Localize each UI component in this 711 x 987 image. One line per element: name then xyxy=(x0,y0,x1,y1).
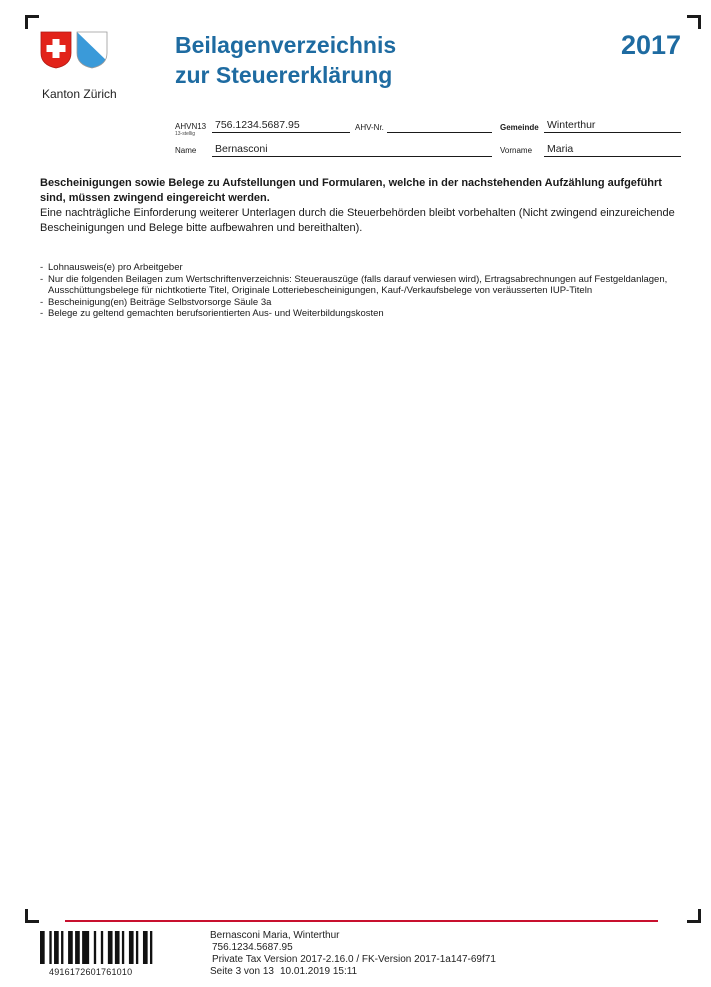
gemeinde-underline xyxy=(544,132,681,133)
crop-mark-top-left xyxy=(25,15,39,29)
ahvn13-sublabel: 13-stellig xyxy=(175,131,195,137)
page-title: Beilagenverzeichnis zur Steuererklärung xyxy=(175,30,396,90)
name-field[interactable]: Bernasconi xyxy=(215,143,268,155)
gemeinde-label: Gemeinde xyxy=(500,123,539,132)
list-item: -Belege zu geltend gemachten berufsorien… xyxy=(40,308,690,320)
attachment-list: -Lohnausweis(e) pro Arbeitgeber-Nur die … xyxy=(40,262,690,320)
list-item-text: Bescheinigung(en) Beiträge Selbstvorsorg… xyxy=(48,297,271,308)
name-label: Name xyxy=(175,146,196,155)
list-item-text: Belege zu geltend gemachten berufsorient… xyxy=(48,308,384,319)
list-item-text: Lohnausweis(e) pro Arbeitgeber xyxy=(48,262,183,273)
vorname-label: Vorname xyxy=(500,146,532,155)
intro-normal: Eine nachträgliche Einforderung weiterer… xyxy=(40,207,675,234)
footer-version: Private Tax Version 2017-2.16.0 / FK-Ver… xyxy=(212,954,496,965)
canton-logo xyxy=(40,31,110,69)
ahv-label: AHV-Nr. xyxy=(355,123,384,132)
crop-mark-top-right xyxy=(687,15,701,29)
vorname-underline xyxy=(544,156,681,157)
bullet-dash-icon: - xyxy=(40,297,43,309)
crop-mark-bottom-right xyxy=(687,909,701,923)
intro-bold: Bescheinigungen sowie Belege zu Aufstell… xyxy=(40,177,662,204)
bullet-dash-icon: - xyxy=(40,308,43,320)
intro-text: Bescheinigungen sowie Belege zu Aufstell… xyxy=(40,176,680,236)
footer-name: Bernasconi Maria, Winterthur xyxy=(210,930,340,941)
ahvn13-label: AHVN13 xyxy=(175,122,206,131)
list-item-text: Nur die folgenden Beilagen zum Wertschri… xyxy=(48,274,667,297)
name-underline xyxy=(212,156,492,157)
barcode-number: 4916172601761010 xyxy=(49,967,132,977)
vorname-field[interactable]: Maria xyxy=(547,143,573,155)
zurich-coat-of-arms-icon xyxy=(77,32,107,68)
swiss-coat-of-arms-icon xyxy=(41,32,71,68)
ahv-underline xyxy=(387,132,492,133)
title-line-1: Beilagenverzeichnis xyxy=(175,30,396,60)
list-item: -Nur die folgenden Beilagen zum Wertschr… xyxy=(40,274,690,297)
crop-mark-bottom-left xyxy=(25,909,39,923)
ahvn13-underline xyxy=(212,132,350,133)
footer-page: Seite 3 von 13 xyxy=(210,966,274,977)
ahvn13-field[interactable]: 756.1234.5687.95 xyxy=(215,119,300,131)
bullet-dash-icon: - xyxy=(40,262,43,274)
barcode xyxy=(40,931,157,964)
canton-label: Kanton Zürich xyxy=(42,87,117,101)
list-item: -Lohnausweis(e) pro Arbeitgeber xyxy=(40,262,690,274)
list-item: -Bescheinigung(en) Beiträge Selbstvorsor… xyxy=(40,297,690,309)
footer-datetime: 10.01.2019 15:11 xyxy=(280,966,357,977)
gemeinde-field[interactable]: Winterthur xyxy=(547,119,595,131)
bullet-dash-icon: - xyxy=(40,274,43,286)
footer-ahvn: 756.1234.5687.95 xyxy=(212,942,293,953)
footer-divider xyxy=(65,920,658,922)
tax-year: 2017 xyxy=(621,30,681,61)
title-line-2: zur Steuererklärung xyxy=(175,60,396,90)
